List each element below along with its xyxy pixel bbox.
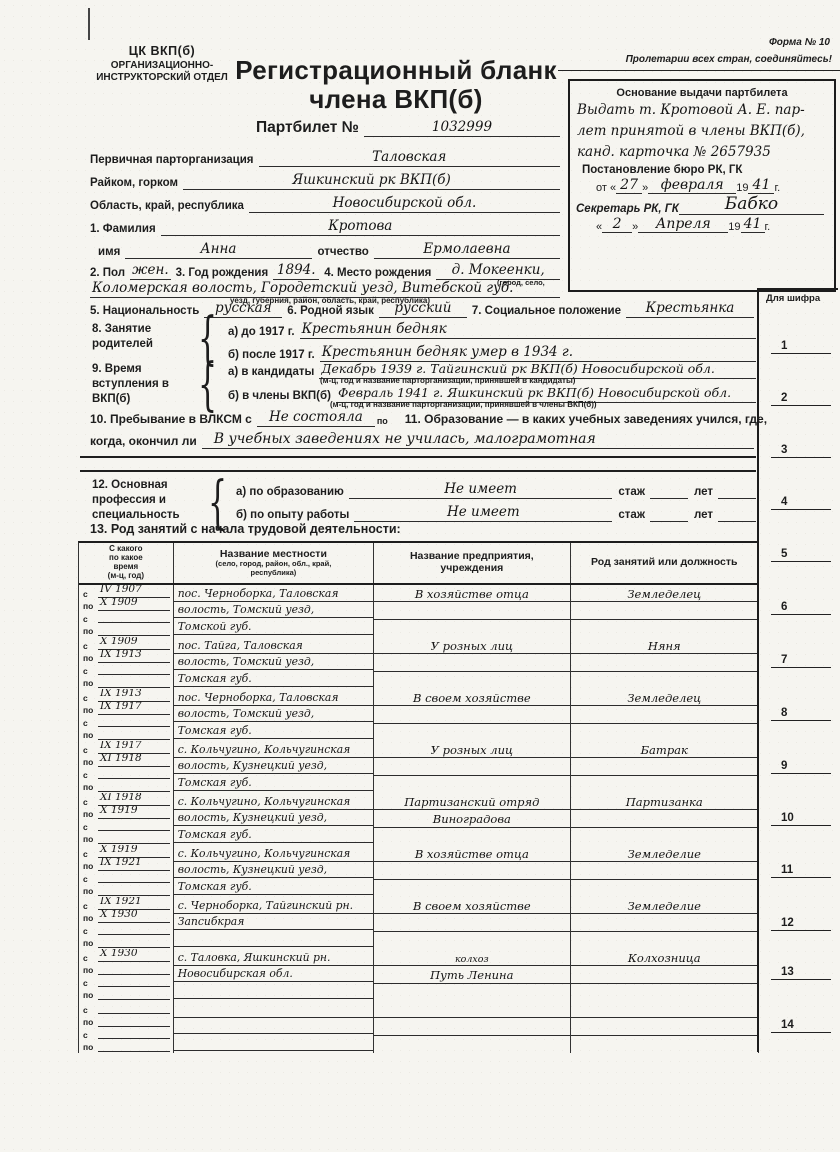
item11-label1: 11. Образование — в каких учебных заведе… (393, 412, 772, 427)
oblast-line: Новосибирской обл. (249, 194, 560, 213)
primary-org-label: Первичная парторганизация (90, 153, 259, 167)
item9-label: 9. Время вступления в ВКП(б) (92, 362, 188, 407)
s-label: с (83, 979, 98, 988)
signature-line: Бабко (679, 194, 824, 215)
field-name-patronymic: имя Анна отчество Ермолаевна (98, 240, 560, 259)
s-label: с (83, 667, 98, 676)
item8-a-line: Крестьянин бедняк (300, 320, 756, 339)
po-label: по (83, 914, 98, 923)
item8-row-a: а) до 1917 г. Крестьянин бедняк (228, 320, 756, 339)
cell-enterprise (374, 1001, 570, 1053)
surname-line: Кротова (161, 217, 560, 236)
issue-year: 41 (741, 217, 765, 232)
cell-time: сIX 1921 поX 1930 с по (79, 897, 174, 949)
partbilet-number: 1032999 (430, 121, 494, 136)
field-sex-birth: 2. Пол жен. 3. Год рождения 1894. 4. Мес… (90, 261, 560, 280)
language-line: русский (379, 299, 467, 318)
occupation-value: Земледелие (628, 849, 701, 862)
language-value: русский (392, 302, 453, 317)
resolution-month: февраля (658, 178, 727, 193)
po-label: по (83, 991, 98, 1000)
secretary-label: Секретарь РК, ГК (576, 203, 679, 215)
table-row: сXI 1918 поX 1919 с по с. Кольчугино, Ко… (79, 793, 759, 845)
po-label: по (83, 602, 98, 611)
cell-time: сX 1909 поIX 1913 с по (79, 637, 174, 689)
item12-b-line: Не имеет (354, 503, 612, 522)
enterprise-line1: В своем хозяйстве (413, 693, 531, 706)
po-label: по (83, 939, 98, 948)
po-label: по (83, 706, 98, 715)
s-label: с (83, 719, 98, 728)
item8-label: 8. Занятие родителей (92, 322, 188, 352)
cell-enterprise: колхоз Путь Ленина (374, 949, 570, 1001)
table-row: сX 1909 поIX 1913 с по пос. Тайга, Талов… (79, 637, 759, 689)
to-value: XI 1918 (98, 753, 142, 764)
month-line: февраля (648, 178, 736, 194)
po-label: по (83, 887, 98, 896)
surname-label: 1. Фамилия (90, 222, 161, 236)
cipher-cell-11: 11 (771, 864, 831, 878)
occupation-value: Батрак (641, 745, 688, 758)
patronymic-value: Ермолаевна (421, 243, 512, 258)
cipher-cell-5: 5 (771, 548, 831, 562)
department-block: ЦК ВКП(б) ОРГАНИЗАЦИОННО-ИНСТРУКТОРСКИЙ … (86, 44, 238, 84)
department-line1: ЦК ВКП(б) (86, 44, 238, 59)
item10-label: 10. Пребывание в ВЛКСМ с (90, 412, 257, 427)
cell-location: пос. Тайга, Таловская волость, Томский у… (174, 637, 374, 689)
to-value: X 1919 (98, 805, 138, 816)
item12-row-b: б) по опыту работы Не имеет стаж лет (236, 503, 756, 522)
header-occupation: Род занятий или должность (571, 543, 759, 583)
day-line: 27 (616, 178, 642, 194)
item10-line: Не состояла (257, 408, 375, 427)
occupation-value: Земледелие (628, 901, 701, 914)
social-value: Крестьянка (644, 302, 737, 317)
to-value: IX 1913 (98, 649, 142, 660)
to-value: X 1909 (98, 597, 138, 608)
location-line1: с. Кольчугино, Кольчугинская (178, 745, 351, 757)
motto: Пролетарии всех стран, соединяйтесь! (566, 54, 832, 65)
scan-artifact-mark (88, 8, 90, 40)
po-label: по (83, 1018, 98, 1027)
birth-year-line: 1894. (273, 261, 319, 280)
enterprise-line1: У розных лиц (431, 641, 513, 654)
location-line1: с. Кольчугино, Кольчугинская (178, 797, 351, 809)
cipher-cell-8: 8 (771, 707, 831, 721)
year-line: 41 (748, 178, 774, 194)
nationality-label: 5. Национальность (90, 304, 204, 318)
raikom-value: Яшкинский рк ВКП(б) (290, 174, 453, 189)
cell-occupation: Батрак (571, 741, 759, 793)
cell-enterprise: В своем хозяйстве (374, 689, 570, 741)
location-line2: волость, Кузнецкий уезд, (178, 813, 327, 825)
location-line3: Томская губ. (178, 726, 252, 738)
cell-location: с. Кольчугино, Кольчугинская волость, Ку… (174, 793, 374, 845)
to-value: X 1930 (98, 909, 138, 920)
resolution-label: Постановление бюро РК, ГК (582, 164, 834, 176)
cipher-cell-10: 10 (771, 812, 831, 826)
cipher-cell-1: 1 (771, 340, 831, 354)
item12-b-label: б) по опыту работы (236, 508, 354, 522)
item9-b-label: б) в члены ВКП(б) (228, 389, 336, 403)
item12-a-stazh-line (650, 494, 688, 499)
item12-a-let-line (718, 494, 756, 499)
issue-basis-line2: лет принятой в члены ВКП(б), (577, 121, 827, 141)
cell-time: сX 1919 поIX 1921 с по (79, 845, 174, 897)
field-oblast: Область, край, республика Новосибирской … (90, 194, 560, 213)
po-label: по (83, 862, 98, 871)
enterprise-line1: В хозяйстве отца (415, 849, 529, 862)
cipher-cell-3: 3 (771, 444, 831, 458)
cell-time: сIV 1907 поX 1909 с по (79, 585, 174, 637)
issue-basis-title: Основание выдачи партбилета (570, 87, 834, 99)
s-label: с (83, 875, 98, 884)
enterprise-line1: Партизанский отряд (404, 797, 539, 810)
field-nationality-row: 5. Национальность русская 6. Родной язык… (90, 299, 754, 318)
table-row: сX 1919 поIX 1921 с по с. Кольчугино, Ко… (79, 845, 759, 897)
table-row: сX 1930 по с по с. Таловка, Яшкинский рн… (79, 949, 759, 1001)
cell-location: с. Таловка, Яшкинский рн. Новосибирская … (174, 949, 374, 1001)
item9-a-value: Декабрь 1939 г. Тайгинский рк ВКП(б) Нов… (319, 363, 717, 377)
s-label: с (83, 1031, 98, 1040)
cell-time: сIX 1913 поIX 1917 с по (79, 689, 174, 741)
form-number: Форма № 10 (690, 37, 830, 48)
cell-occupation (571, 1001, 759, 1053)
po-label: по (83, 654, 98, 663)
cell-enterprise: Партизанский отряд Виноградова (374, 793, 570, 845)
cipher-column: Для шифра 1 2 3 4 5 6 7 8 9 10 11 12 13 … (757, 288, 838, 1052)
enterprise-line1: У розных лиц (431, 745, 513, 758)
table-header: С какого по какое время (м-ц, год) Назва… (79, 543, 759, 585)
section-rule-2 (80, 470, 756, 472)
cipher-cell-9: 9 (771, 760, 831, 774)
field-raikom: Райком, горком Яшкинский рк ВКП(б) (90, 171, 560, 190)
cell-occupation: Земледелец (571, 689, 759, 741)
s-label: с (83, 902, 98, 911)
item12-b-stazh-line (650, 517, 688, 522)
cell-enterprise: У розных лиц (374, 637, 570, 689)
location-line3: Томская губ. (178, 778, 252, 790)
location-line2: волость, Кузнецкий уезд, (178, 865, 327, 877)
form-title: Регистрационный бланк члена ВКП(б) (220, 56, 572, 115)
cell-location: пос. Черноборка, Таловская волость, Томс… (174, 689, 374, 741)
s-label: с (83, 798, 98, 807)
issue-basis-line1: Выдать т. Кротовой А. Е. пар- (577, 100, 827, 120)
occupation-value: Партизанка (626, 797, 703, 810)
name-value: Анна (198, 243, 238, 258)
location-line3: Томская губ. (178, 882, 252, 894)
cell-time: сIX 1917 поXI 1918 с по (79, 741, 174, 793)
cell-location: с. Кольчугино, Кольчугинская волость, Ку… (174, 845, 374, 897)
cell-occupation: Партизанка (571, 793, 759, 845)
cell-location (174, 1001, 374, 1053)
issue-day: 2 (610, 217, 625, 232)
location-line1: пос. Черноборка, Таловская (178, 589, 339, 601)
cell-time: с по с по (79, 1001, 174, 1053)
location-line2: Новосибирская обл. (178, 969, 293, 981)
item12-a-line: Не имеет (349, 480, 613, 499)
table-row: сIX 1921 поX 1930 с по с. Черноборка, Та… (79, 897, 759, 949)
resolution-date-row: от « 27 » февраля 19 41 г. (596, 178, 824, 194)
po-label: по (83, 783, 98, 792)
partbilet-label: Партбилет № (256, 118, 364, 137)
cell-enterprise: В хозяйстве отца (374, 845, 570, 897)
s-label: с (83, 642, 98, 651)
enterprise-line1: колхоз (455, 955, 489, 966)
item10-row: 10. Пребывание в ВЛКСМ с Не состояла по … (90, 408, 754, 427)
cell-time: сX 1930 по с по (79, 949, 174, 1001)
day2-line: 2 (602, 217, 632, 233)
item12-a-stazh-label: стаж (612, 485, 650, 499)
item12-a-label: а) по образованию (236, 485, 349, 499)
to-value: IX 1917 (98, 701, 142, 712)
enterprise-line2: Виноградова (433, 814, 511, 827)
sex-line: жен. (130, 261, 171, 280)
location-line1: с. Черноборка, Тайгинский рн. (178, 901, 353, 913)
name-line: Анна (125, 240, 311, 259)
issue-basis-box: Основание выдачи партбилета Выдать т. Кр… (568, 79, 836, 292)
s-label: с (83, 850, 98, 859)
surname-value: Кротова (326, 220, 394, 235)
location-line1: пос. Черноборка, Таловская (178, 693, 339, 705)
birth-place-value2: Коломерская волость, Городетский уезд, В… (90, 282, 515, 297)
sex-label: 2. Пол (90, 266, 130, 280)
patronymic-label: отчество (312, 245, 374, 259)
item11-row: когда, окончил ли В учебных заведениях н… (90, 430, 754, 449)
g-label: г. (774, 182, 780, 194)
language-label: 6. Родной язык (282, 304, 379, 318)
field-primary-org: Первичная парторганизация Таловская (90, 148, 560, 167)
s-label: с (83, 771, 98, 780)
cell-enterprise: В своем хозяйстве (374, 897, 570, 949)
s-label: с (83, 746, 98, 755)
location-line1: с. Таловка, Яшкинский рн. (178, 953, 331, 965)
cipher-cell-6: 6 (771, 601, 831, 615)
cell-enterprise: У розных лиц (374, 741, 570, 793)
item11-label2: когда, окончил ли (90, 434, 202, 449)
po-label: по (83, 627, 98, 636)
item12-b-let-line (718, 517, 756, 522)
header-enterprise: Название предприятия, учреждения (374, 543, 570, 583)
item12-a-let-label: лет (688, 485, 718, 499)
s-label: с (83, 615, 98, 624)
partbilet-row: Партбилет № 1032999 (256, 118, 560, 137)
po-label: по (83, 679, 98, 688)
cell-occupation: Земледелие (571, 897, 759, 949)
cell-occupation: Земледелие (571, 845, 759, 897)
s-label: с (83, 590, 98, 599)
table-row: сIX 1913 поIX 1917 с по пос. Черноборка,… (79, 689, 759, 741)
issue-month: Апреля (653, 217, 714, 232)
po-label: по (83, 731, 98, 740)
location-line2: Запсибкрая (178, 917, 245, 929)
year-prefix: 19 (736, 182, 748, 194)
cell-enterprise: В хозяйстве отца (374, 585, 570, 637)
location-line2: волость, Томский уезд, (178, 605, 315, 617)
s-label: с (83, 954, 98, 963)
enterprise-line1: В хозяйстве отца (415, 589, 529, 602)
social-line: Крестьянка (626, 299, 754, 318)
item12-row-a: а) по образованию Не имеет стаж лет (236, 480, 756, 499)
enterprise-line2: Путь Ленина (430, 970, 513, 983)
s-label: с (83, 823, 98, 832)
header-location-sub2: республика) (174, 569, 373, 577)
item10-value: Не состояла (267, 411, 365, 426)
year-prefix2: 19 (728, 221, 740, 233)
po-label: по (83, 810, 98, 819)
item11-value: В учебных заведениях не училась, малогра… (212, 432, 598, 447)
table-row: сIX 1917 поXI 1918 с по с. Кольчугино, К… (79, 741, 759, 793)
item12-b-let-label: лет (688, 508, 718, 522)
cell-occupation: Колхозница (571, 949, 759, 1001)
birth-year-label: 3. Год рождения (171, 266, 274, 280)
g-label2: г. (765, 221, 771, 233)
cipher-label: Для шифра (766, 293, 838, 304)
resolution-day: 27 (617, 178, 641, 193)
resolution-year: 41 (750, 178, 774, 193)
motto-underline (558, 70, 840, 71)
partbilet-number-line: 1032999 (364, 118, 560, 137)
po-label: по (83, 835, 98, 844)
birth-place-label: 4. Место рождения (319, 266, 436, 280)
department-line2: ОРГАНИЗАЦИОННО-ИНСТРУКТОРСКИЙ ОТДЕЛ (86, 60, 238, 84)
social-label: 7. Социальное положение (467, 304, 626, 318)
birth-year-value: 1894. (275, 264, 318, 279)
employment-table: С какого по какое время (м-ц, год) Назва… (78, 541, 759, 1053)
issue-date-row: « 2 » Апреля 19 41 г. (596, 217, 824, 233)
item8-b-value: Крестьянин бедняк умер в 1934 г. (320, 346, 575, 361)
cipher-cell-7: 7 (771, 654, 831, 668)
secretary-row: Секретарь РК, ГК Бабко (576, 194, 824, 215)
item12-b-value: Не имеет (445, 506, 522, 521)
birth-place-value1: д. Мокеенки, (450, 264, 547, 279)
cipher-cell-2: 2 (771, 392, 831, 406)
location-line1: пос. Тайга, Таловская (178, 641, 303, 653)
primary-org-line: Таловская (259, 148, 560, 167)
cipher-cell-14: 14 (771, 1019, 831, 1033)
header-time-4: (м-ц, год) (79, 572, 173, 581)
occupation-value: Земледелец (627, 693, 701, 706)
location-line3: Томской губ. (178, 622, 252, 634)
location-line2: волость, Кузнецкий уезд, (178, 761, 327, 773)
to-value: IX 1921 (98, 857, 142, 868)
location-line3: Томская губ. (178, 674, 252, 686)
primary-org-value: Таловская (370, 151, 448, 166)
raikom-line: Яшкинский рк ВКП(б) (183, 171, 560, 190)
po-label: по (83, 966, 98, 975)
location-line3: Томская губ. (178, 830, 252, 842)
header-time: С какого по какое время (м-ц, год) (79, 543, 174, 583)
occupation-value: Колхозница (628, 953, 701, 966)
cell-occupation: Земледелец (571, 585, 759, 637)
sex-value: жен. (130, 264, 171, 279)
item9-a-label: а) в кандидаты (228, 365, 319, 379)
year2-line: 41 (741, 217, 765, 233)
item12-b-stazh-label: стаж (612, 508, 650, 522)
item8-a-label: а) до 1917 г. (228, 325, 300, 339)
to-line: X 1909 (98, 592, 170, 611)
item13-heading: 13. Род занятий с начала трудовой деятел… (90, 522, 401, 536)
cell-occupation: Няня (571, 637, 759, 689)
secretary-signature: Бабко (725, 194, 778, 214)
ot-label: от « (596, 182, 616, 194)
item8-a-value: Крестьянин бедняк (300, 323, 449, 338)
item11-line: В учебных заведениях не училась, малогра… (202, 430, 754, 449)
header-location: Название местности (село, город, район, … (174, 543, 374, 583)
cipher-cell-4: 4 (771, 496, 831, 510)
oblast-value: Новосибирской обл. (331, 197, 479, 212)
header-enterprise-2: учреждения (374, 563, 569, 575)
table-row: сIV 1907 поX 1909 с по пос. Черноборка, … (79, 585, 759, 637)
patronymic-line: Ермолаевна (374, 240, 560, 259)
issue-basis-line3: канд. карточка № 2657935 (577, 142, 827, 162)
s-label: с (83, 927, 98, 936)
cell-location: с. Черноборка, Тайгинский рн. Запсибкрая (174, 897, 374, 949)
registration-form-scan: ЦК ВКП(б) ОРГАНИЗАЦИОННО-ИНСТРУКТОРСКИЙ … (0, 0, 840, 1152)
cell-location: пос. Черноборка, Таловская волость, Томс… (174, 585, 374, 637)
enterprise-line1: В своем хозяйстве (413, 901, 531, 914)
nationality-value: русская (213, 302, 274, 317)
item10-po-label: по (375, 416, 393, 427)
location-line2: волость, Томский уезд, (178, 657, 315, 669)
cipher-cell-12: 12 (771, 917, 831, 931)
po-label: по (83, 1043, 98, 1052)
field-surname: 1. Фамилия Кротова (90, 217, 560, 236)
month2-line: Апреля (638, 217, 728, 233)
section-rule-1 (80, 456, 756, 458)
name-label: имя (98, 245, 125, 259)
raikom-label: Райком, горком (90, 176, 183, 190)
table-row: с по с по (79, 1001, 759, 1053)
s-label: с (83, 694, 98, 703)
cipher-cell-13: 13 (771, 966, 831, 980)
po-label: по (83, 758, 98, 767)
item12-a-value: Не имеет (442, 483, 519, 498)
location-line1: с. Кольчугино, Кольчугинская (178, 849, 351, 861)
item9-b-value: Февраль 1941 г. Яшкинский рк ВКП(б) Ново… (336, 387, 733, 401)
oblast-label: Область, край, республика (90, 199, 249, 213)
item12-label: 12. Основная профессия и специальность (92, 478, 202, 523)
location-line2: волость, Томский уезд, (178, 709, 315, 721)
s-label: с (83, 1006, 98, 1015)
occupation-value: Няня (648, 641, 681, 654)
occupation-value: Земледелец (627, 589, 701, 602)
cell-location: с. Кольчугино, Кольчугинская волость, Ку… (174, 741, 374, 793)
cell-time: сXI 1918 поX 1919 с по (79, 793, 174, 845)
